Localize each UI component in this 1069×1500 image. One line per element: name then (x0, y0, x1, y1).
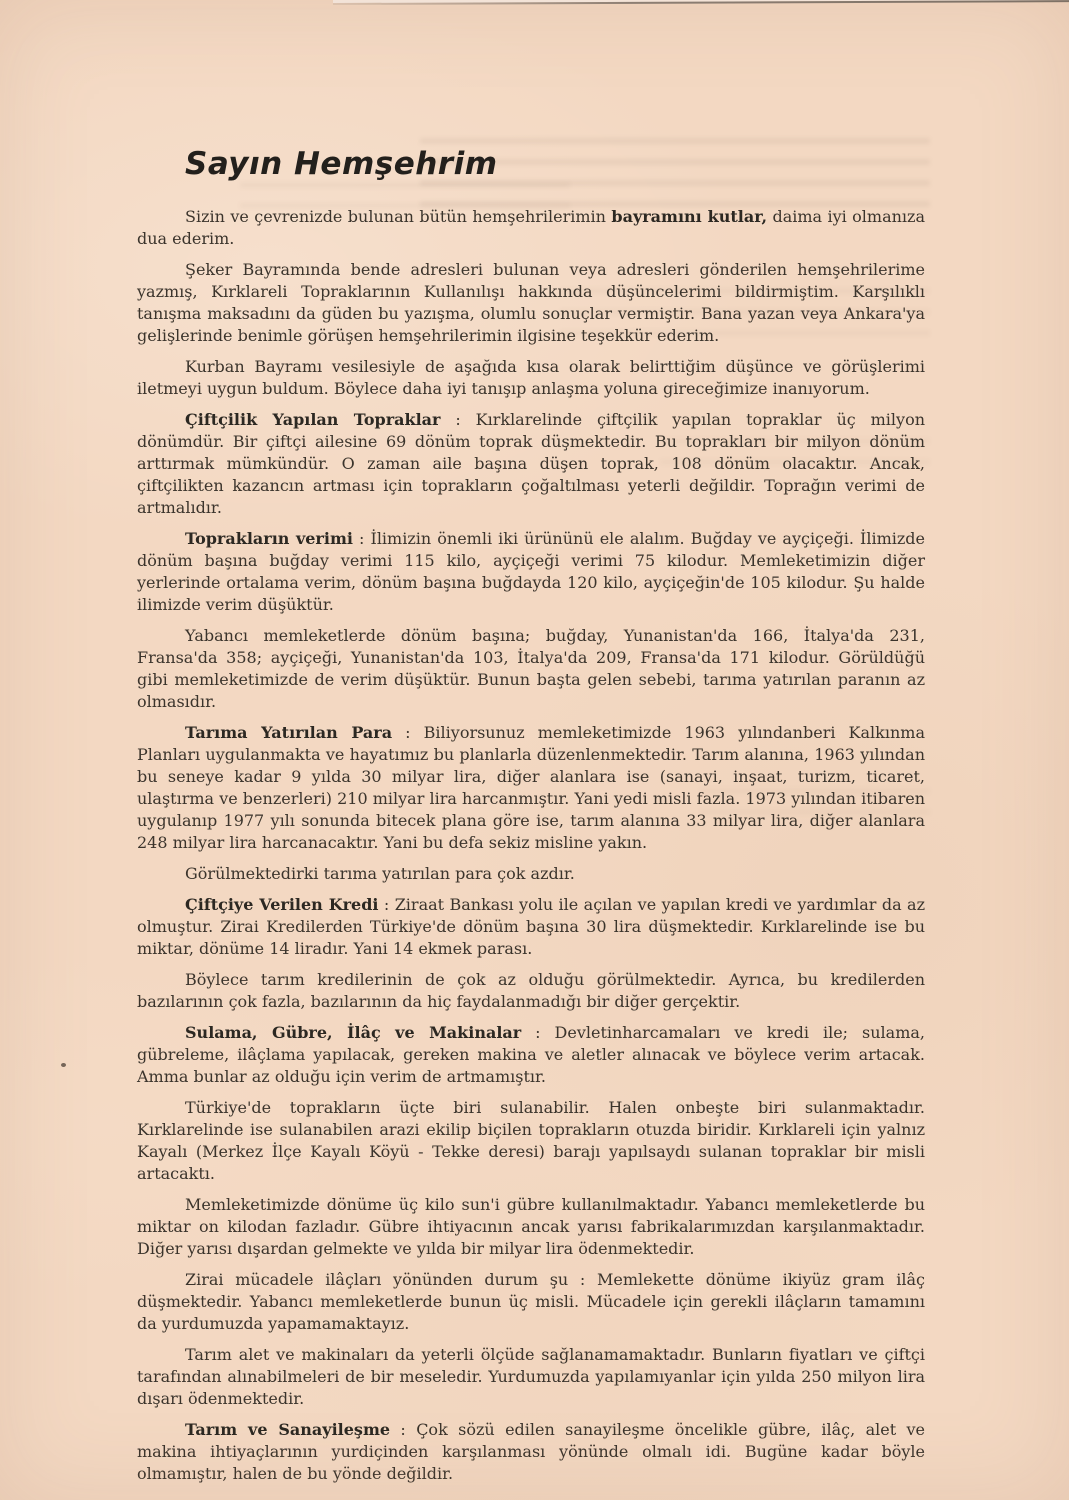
paragraph-pre: Yabancı memleketlerde dönüm başına; buğd… (137, 626, 925, 711)
paragraph-lead: Toprakların verimi (185, 529, 353, 548)
paragraph: Türkiye'de toprakların üçte biri sulanab… (137, 1097, 925, 1185)
paragraph-pre: Görülmektedirki tarıma yatırılan para ço… (185, 864, 575, 883)
paragraph-pre: Tarım alet ve makinaları da yeterli ölçü… (137, 1345, 925, 1408)
paragraph: Zirai mücadele ilâçları yönünden durum ş… (137, 1269, 925, 1335)
paragraph: Yabancı memleketlerde dönüm başına; buğd… (137, 625, 925, 713)
paragraph: Sulama, Gübre, İlâç ve Makinalar : Devle… (137, 1022, 925, 1088)
paragraph-post: : Biliyorsunuz memleketimizde 1963 yılın… (137, 723, 925, 852)
paragraph: Kurban Bayramı vesilesiyle de aşağıda kı… (137, 356, 925, 400)
page-title: Sayın Hemşehrim (185, 146, 925, 182)
scanned-letter-page: Sayın Hemşehrim Sizin ve çevrenizde bulu… (0, 0, 1069, 1500)
paragraph: Böylece tarım kredilerinin de çok az old… (137, 969, 925, 1013)
paragraph-pre: Şeker Bayramında bende adresleri bulunan… (137, 260, 925, 345)
paragraph: Tarıma Yatırılan Para : Biliyorsunuz mem… (137, 722, 925, 854)
paragraph-lead: Tarım ve Sanayileşme (185, 1420, 390, 1439)
paragraph: Memleketimizde dönüme üç kilo sun'i gübr… (137, 1194, 925, 1260)
paragraph: Çiftçiye Verilen Kredi : Ziraat Bankası … (137, 894, 925, 960)
paragraph-lead: Tarıma Yatırılan Para (185, 723, 392, 742)
paragraph-pre: Kurban Bayramı vesilesiyle de aşağıda kı… (137, 357, 925, 398)
paragraph: Toprakların verimi : İlimizin önemli iki… (137, 528, 925, 616)
paragraph-lead: Sulama, Gübre, İlâç ve Makinalar (185, 1023, 521, 1042)
paragraph: Görülmektedirki tarıma yatırılan para ço… (137, 863, 925, 885)
paragraph-pre: Sizin ve çevrenizde bulunan bütün hemşeh… (185, 207, 611, 226)
paragraph-lead: Çiftçiye Verilen Kredi (185, 895, 378, 914)
paragraph: Sizin ve çevrenizde bulunan bütün hemşeh… (137, 206, 925, 250)
paragraph-lead: bayramını kutlar, (611, 207, 767, 226)
letter-body: Sayın Hemşehrim Sizin ve çevrenizde bulu… (137, 146, 925, 1494)
paragraph-pre: Türkiye'de toprakların üçte biri sulanab… (137, 1098, 925, 1183)
paragraph-pre: Zirai mücadele ilâçları yönünden durum ş… (137, 1270, 925, 1333)
paragraph: Çiftçilik Yapılan Topraklar : Kırklareli… (137, 409, 925, 519)
paragraph: Tarım alet ve makinaları da yeterli ölçü… (137, 1344, 925, 1410)
paragraph-pre: Memleketimizde dönüme üç kilo sun'i gübr… (137, 1195, 925, 1258)
paragraph: Şeker Bayramında bende adresleri bulunan… (137, 259, 925, 347)
paragraph-lead: Çiftçilik Yapılan Topraklar (185, 410, 440, 429)
paragraph: Tarım ve Sanayileşme : Çok sözü edilen s… (137, 1419, 925, 1485)
ink-speck (61, 1063, 66, 1067)
paragraph-pre: Böylece tarım kredilerinin de çok az old… (137, 970, 925, 1011)
